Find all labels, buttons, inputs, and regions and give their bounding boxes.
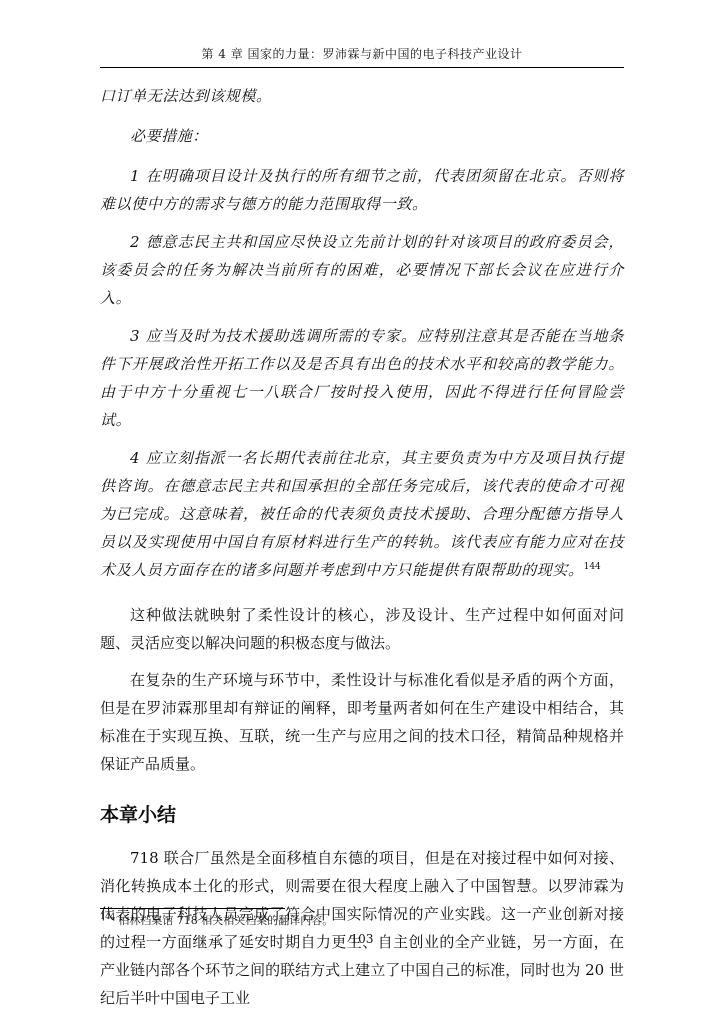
chapter-header-title: 第 4 章 国家的力量：罗沛霖与新中国的电子科技产业设计: [100, 46, 624, 67]
footnote-reference-marker: 144: [584, 562, 601, 572]
footnote-text: 柏林档案馆 718 相关相关档案的翻译内容。: [118, 914, 333, 927]
page-content: 口订单无法达到该规模。 必要措施： 1 在明确项目设计及执行的所有细节之前，代表…: [100, 82, 624, 1012]
footnote-area: 144柏林档案馆 718 相关相关档案的翻译内容。: [100, 908, 624, 928]
book-page: 第 4 章 国家的力量：罗沛霖与新中国的电子科技产业设计 口订单无法达到该规模。…: [0, 0, 724, 1023]
section-heading: 本章小结: [100, 800, 624, 830]
header-rule: [100, 67, 624, 68]
quote-item-4-text: 4 应立刻指派一名长期代表前往北京，其主要负责为中方及项目执行提供咨询。在德意志…: [100, 449, 624, 579]
body-paragraph-1: 这种做法就映射了柔性设计的核心，涉及设计、生产过程中如何面对问题、灵活应变以解决…: [100, 601, 624, 657]
quote-item-1: 1 在明确项目设计及执行的所有细节之前，代表团须留在北京。否则将难以使中方的需求…: [100, 162, 624, 218]
page-number: 103: [0, 931, 724, 947]
quote-lead-paragraph: 必要措施：: [100, 122, 624, 150]
quote-item-3: 3 应当及时为技术援助选调所需的专家。应特别注意其是否能在当地条件下开展政治性开…: [100, 322, 624, 434]
body-paragraph-2: 在复杂的生产环境与环节中，柔性设计与标准化看似是矛盾的两个方面，但是在罗沛霖那里…: [100, 666, 624, 778]
footnote-separator-rule: [100, 908, 285, 909]
footnote-marker: 144: [100, 912, 115, 921]
section-paragraph-1: 718 联合厂虽然是全面移植自东德的项目，但是在对接过程中如何对接、消化转换成本…: [100, 844, 624, 1012]
running-header: 第 4 章 国家的力量：罗沛霖与新中国的电子科技产业设计: [100, 46, 624, 68]
quote-continuation-paragraph: 口订单无法达到该规模。: [100, 82, 624, 110]
quote-item-2: 2 德意志民主共和国应尽快设立先前计划的针对该项目的政府委员会，该委员会的任务为…: [100, 228, 624, 312]
quote-item-4: 4 应立刻指派一名长期代表前往北京，其主要负责为中方及项目执行提供咨询。在德意志…: [100, 444, 624, 584]
footnote: 144柏林档案馆 718 相关相关档案的翻译内容。: [100, 913, 624, 928]
